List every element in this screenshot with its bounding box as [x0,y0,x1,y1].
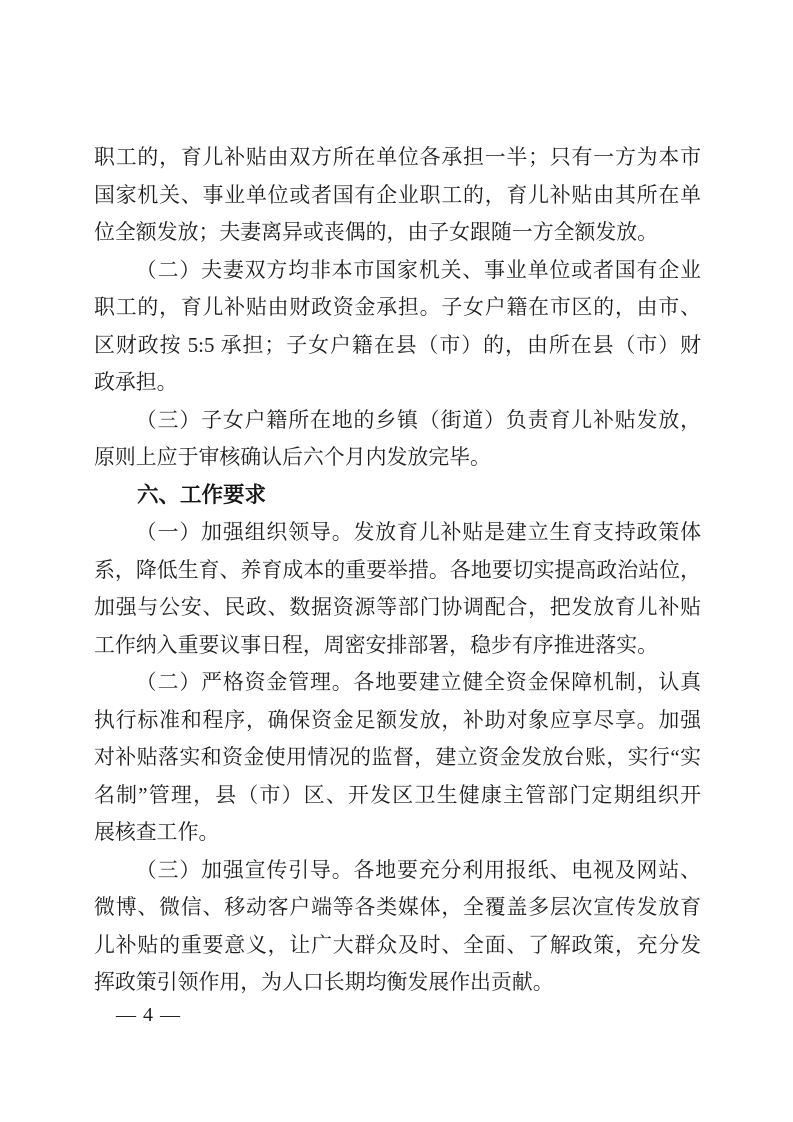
text-line: （二）严格资金管理。各地要建立健全资金保障机制，认真 [94,664,701,702]
text-line: 挥政策引领作用，为人口长期均衡发展作出贡献。 [94,964,701,1002]
text-line: 区财政按 5:5 承担；子女户籍在县（市）的，由所在县（市）财 [94,327,701,365]
text-line: （一）加强组织领导。发放育儿补贴是建立生育支持政策体 [94,514,701,552]
text-line: 执行标准和程序，确保资金足额发放，补助对象应享尽享。加强 [94,702,701,740]
text-line: 微博、微信、移动客户端等各类媒体，全覆盖多层次宣传发放育 [94,889,701,927]
text-line: （三）子女户籍所在地的乡镇（街道）负责育儿补贴发放， [94,402,701,440]
section-heading: 六、工作要求 [94,477,701,515]
document-page: 职工的，育儿补贴由双方所在单位各承担一半；只有一方为本市国家机关、事业单位或者国… [0,0,793,1122]
text-line: 原则上应于审核确认后六个月内发放完毕。 [94,439,701,477]
text-line: 展核查工作。 [94,814,701,852]
text-line: 国家机关、事业单位或者国有企业职工的，育儿补贴由其所在单 [94,177,701,215]
text-line: 工作纳入重要议事日程，周密安排部署，稳步有序推进落实。 [94,627,701,665]
text-line: 名制”管理，县（市）区、开发区卫生健康主管部门定期组织开 [94,777,701,815]
text-line: 政承担。 [94,364,701,402]
text-line: 职工的，育儿补贴由双方所在单位各承担一半；只有一方为本市 [94,139,701,177]
text-line: 加强与公安、民政、数据资源等部门协调配合，把发放育儿补贴 [94,589,701,627]
page-number: — 4 — [116,1003,181,1027]
text-line: 职工的，育儿补贴由财政资金承担。子女户籍在市区的，由市、 [94,289,701,327]
text-line: 位全额发放；夫妻离异或丧偶的，由子女跟随一方全额发放。 [94,214,701,252]
text-line: 系，降低生育、养育成本的重要举措。各地要切实提高政治站位， [94,552,701,590]
text-line: （三）加强宣传引导。各地要充分利用报纸、电视及网站、 [94,852,701,890]
text-line: 儿补贴的重要意义，让广大群众及时、全面、了解政策，充分发 [94,927,701,965]
text-line: 对补贴落实和资金使用情况的监督，建立资金发放台账，实行“实 [94,739,701,777]
document-body: 职工的，育儿补贴由双方所在单位各承担一半；只有一方为本市国家机关、事业单位或者国… [94,139,701,1002]
text-line: （二）夫妻双方均非本市国家机关、事业单位或者国有企业 [94,252,701,290]
